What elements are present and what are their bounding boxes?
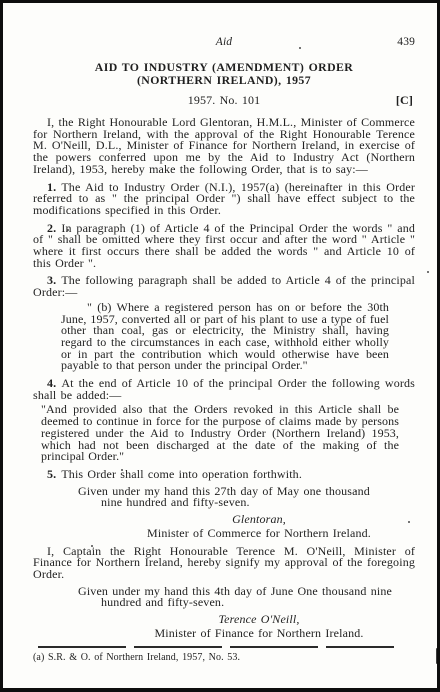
- article-1: 1.The Aid to Industry Order (N.I.), 1957…: [33, 182, 415, 217]
- approval-paragraph: I, Captain the Right Honourable Terence …: [33, 546, 415, 581]
- article-3: 3.The following paragraph shall be added…: [33, 275, 415, 298]
- article-5: 5.This Order shall come into operation f…: [33, 469, 415, 481]
- article-3-quoted-paragraph: " (b) Where a registered person has on o…: [61, 302, 389, 372]
- footnote-rule: [38, 646, 394, 648]
- article-2: 2.In paragraph (1) of Article 4 of the P…: [33, 223, 415, 270]
- signature-title-finance: Minister of Finance for Northern Ireland…: [113, 628, 405, 640]
- page-content: Aid 439 AID TO INDUSTRY (AMENDMENT) ORDE…: [3, 3, 437, 664]
- preamble-paragraph: I, the Right Honourable Lord Glentoran, …: [33, 117, 415, 176]
- article-4: 4.At the end of Article 10 of the princi…: [33, 378, 415, 401]
- article-4-quoted-paragraph: "And provided also that the Orders revok…: [41, 404, 399, 463]
- scan-speck: [67, 229, 69, 231]
- article-1-text: The Aid to Industry Order (N.I.), 1957(a…: [33, 180, 415, 217]
- order-number: 1957. No. 101: [188, 95, 261, 107]
- attestation-finance: Given under my hand this 4th day of June…: [101, 586, 393, 609]
- signature-title-commerce: Minister of Commerce for Northern Irelan…: [113, 528, 405, 540]
- signature-name-glentoran: Glentoran,: [113, 514, 405, 526]
- scan-speck: [408, 521, 410, 523]
- scan-edge-mark: [436, 648, 438, 664]
- page-header: Aid 439: [33, 37, 415, 49]
- document-title: AID TO INDUSTRY (AMENDMENT) ORDER (NORTH…: [33, 61, 415, 87]
- article-3-text: The following paragraph shall be added t…: [33, 273, 415, 299]
- scan-speck: [121, 469, 123, 471]
- scan-speck: [355, 490, 357, 492]
- document-page: Aid 439 AID TO INDUSTRY (AMENDMENT) ORDE…: [0, 0, 440, 692]
- article-4-text: At the end of Article 10 of the principa…: [33, 376, 415, 402]
- order-number-row: 1957. No. 101 [C]: [33, 95, 415, 107]
- article-5-text: This Order shall come into operation for…: [61, 467, 302, 481]
- classification-mark: [C]: [396, 95, 413, 107]
- article-2-text: In paragraph (1) of Article 4 of the Pri…: [33, 221, 415, 270]
- scan-speck: [427, 271, 429, 273]
- signature-block-finance: Terence O'Neill, Minister of Finance for…: [113, 614, 405, 639]
- article-5-number: 5.: [47, 467, 56, 481]
- footnote-citation: (a) S.R. & O. of Northern Ireland, 1957,…: [33, 652, 415, 664]
- title-line-2: (NORTHERN IRELAND), 1957: [33, 74, 415, 87]
- attestation-commerce: Given under my hand this 27th day of May…: [101, 486, 393, 509]
- page-number: 439: [397, 37, 415, 49]
- signature-name-oneill: Terence O'Neill,: [113, 614, 405, 626]
- scan-speck: [91, 545, 93, 547]
- running-head: Aid: [216, 37, 232, 49]
- signature-block-commerce: Glentoran, Minister of Commerce for Nort…: [113, 514, 405, 539]
- scan-speck: [299, 47, 301, 49]
